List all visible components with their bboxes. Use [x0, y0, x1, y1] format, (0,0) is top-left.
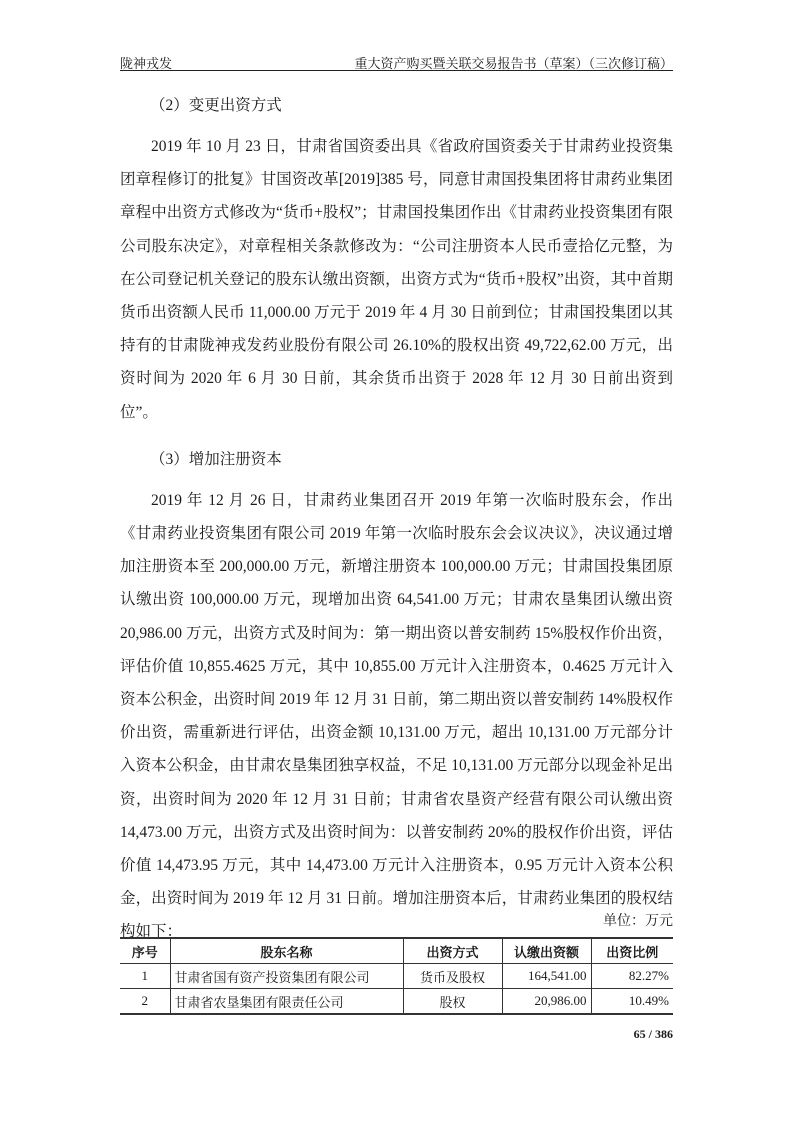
cell-ratio: 82.27% — [591, 964, 673, 989]
cell-method: 货币及股权 — [403, 964, 502, 989]
table-row: 1 甘肃省国有资产投资集团有限公司 货币及股权 164,541.00 82.27… — [120, 964, 673, 989]
cell-shareholder: 甘肃省农垦集团有限责任公司 — [170, 989, 403, 1015]
section-heading: （2）变更出资方式 — [120, 88, 673, 130]
page-number: 65 / 386 — [634, 1027, 673, 1042]
cell-shareholder: 甘肃省国有资产投资集团有限公司 — [170, 964, 403, 989]
cell-index: 2 — [120, 989, 170, 1015]
shareholding-table: 序号 股东名称 出资方式 认缴出资额 出资比例 1 甘肃省国有资产投资集团有限公… — [120, 937, 673, 1015]
cell-index: 1 — [120, 964, 170, 989]
cell-method: 股权 — [403, 989, 502, 1015]
header-company: 陇神戎发 — [120, 53, 172, 72]
table-header-row: 序号 股东名称 出资方式 认缴出资额 出资比例 — [120, 938, 673, 964]
column-header: 出资比例 — [591, 938, 673, 964]
header-doc-title: 重大资产购买暨关联交易报告书（草案）（三次修订稿） — [354, 53, 673, 72]
table-row: 2 甘肃省农垦集团有限责任公司 股权 20,986.00 10.49% — [120, 989, 673, 1015]
cell-amount: 164,541.00 — [502, 964, 591, 989]
column-header: 出资方式 — [403, 938, 502, 964]
column-header: 认缴出资额 — [502, 938, 591, 964]
document-body: （2）变更出资方式 2019 年 10 月 23 日，甘肃省国资委出具《省政府国… — [120, 88, 673, 962]
page-header: 陇神戎发 重大资产购买暨关联交易报告书（草案）（三次修订稿） — [120, 50, 673, 71]
section-heading: （3）增加注册资本 — [120, 442, 673, 484]
paragraph: 2019 年 10 月 23 日，甘肃省国资委出具《省政府国资委关于甘肃药业投资… — [120, 130, 673, 429]
column-header: 股东名称 — [170, 938, 403, 964]
cell-ratio: 10.49% — [591, 989, 673, 1015]
column-header: 序号 — [120, 938, 170, 964]
cell-amount: 20,986.00 — [502, 989, 591, 1015]
paragraph: 2019 年 12 月 26 日，甘肃药业集团召开 2019 年第一次临时股东会… — [120, 484, 673, 949]
table-unit-label: 单位：万元 — [603, 910, 673, 930]
